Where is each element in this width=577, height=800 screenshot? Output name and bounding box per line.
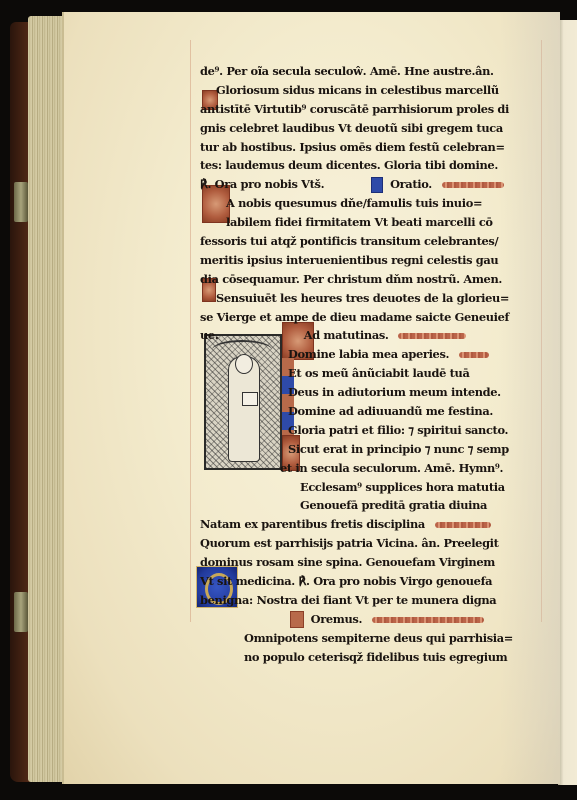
rubric-heading: Oremus. — [311, 612, 362, 626]
text-line: Sensuiuēt les heures tres deuotes de la … — [200, 289, 492, 308]
text-line: Natam ex parentibus fretis disciplina — [200, 515, 492, 534]
text-line: tes: laudemus deum dicentes. Gloria tibi… — [200, 156, 492, 175]
text-line: Quorum est parrhisijs patria Vicina. ân.… — [200, 534, 492, 553]
versicle-text: ℟. Ora pro nobis Vtš. — [200, 177, 324, 191]
text-line: fessoris tui atqž pontificis transitum c… — [200, 232, 492, 251]
text-line: Omnipotens sempiterne deus qui parrhisia… — [200, 629, 492, 648]
text-line: Deus in adiutorium meum intende. — [200, 383, 492, 402]
text-line: dia cōsequamur. Per christum dňm nostrũ.… — [200, 270, 492, 289]
rubric-line-filler — [435, 522, 491, 528]
rubric-line-filler — [459, 352, 489, 358]
facing-page-edge — [558, 20, 577, 785]
text-line-versicle: ℟. Ora pro nobis Vtš. Oratio. — [200, 175, 492, 194]
text-line: Ecclesam⁹ supplices hora matutia — [200, 478, 492, 497]
text-line-heading: ue. Ad matutinas. — [200, 326, 492, 345]
clasp-upper — [14, 182, 28, 222]
rubric-line-filler — [398, 333, 466, 339]
initial-o-red — [290, 611, 304, 628]
text-line: Domine labia mea aperies. — [200, 345, 492, 364]
text-line: no populo ceterisqž fidelibus tuis egreg… — [200, 648, 492, 667]
text-line-heading: Oremus. — [200, 610, 492, 629]
text-line: tur ab hostibus. Ipsius omēs diem festũ … — [200, 138, 492, 157]
initial-o-blue — [371, 177, 383, 193]
text-line: dominus rosam sine spina. Genouefam Virg… — [200, 553, 492, 572]
clasp-lower — [14, 592, 28, 632]
text-line: Vt sit medicina. ℟. Ora pro nobis Virgo … — [200, 572, 492, 591]
text-line: Genouefā preditā gratia diuina — [200, 496, 492, 515]
text-line: de⁹. Per oĩa secula seculoŵ. Amē. Hne au… — [200, 62, 492, 81]
text-end: ue. — [200, 328, 218, 342]
text-line: meritis ipsius interuenientibus regni ce… — [200, 251, 492, 270]
rubric-heading: Oratio. — [390, 177, 432, 191]
text-line: labilem fidei firmitatem Vt beati marcel… — [200, 213, 492, 232]
text-block: de⁹. Per oĩa secula seculoŵ. Amē. Hne au… — [200, 62, 492, 667]
text-line: gnis celebret laudibus Vt deuotũ sibi gr… — [200, 119, 492, 138]
text-line: Sicut erat in principio ⁊ nunc ⁊ semp — [200, 440, 492, 459]
text-line: se Vierge et ampe de dieu madame saicte … — [200, 308, 492, 327]
text-line: antistītē Virtutib⁹ coruscātē parrhisior… — [200, 100, 492, 119]
text-content: Domine labia mea aperies. — [288, 347, 449, 361]
text-line: Domine ad adiuuandũ me festina. — [200, 402, 492, 421]
text-line: et in secula seculorum. Amē. Hymn⁹. — [200, 459, 492, 478]
text-line: A nobis quesumus dňe/famulis tuis inuio= — [200, 194, 492, 213]
text-content: Natam ex parentibus fretis disciplina — [200, 517, 425, 531]
rubric-line-filler — [442, 182, 504, 188]
text-line: Et os meũ ânũciabit laudē tuā — [200, 364, 492, 383]
text-line: Gloria patri et filio: ⁊ spiritui sancto… — [200, 421, 492, 440]
rubric-heading: Ad matutinas. — [304, 328, 389, 342]
text-line: benigna: Nostra dei fiant Vt per te mune… — [200, 591, 492, 610]
text-line: Gloriosum sidus micans in celestibus mar… — [200, 81, 492, 100]
rubric-line-filler — [372, 617, 484, 623]
